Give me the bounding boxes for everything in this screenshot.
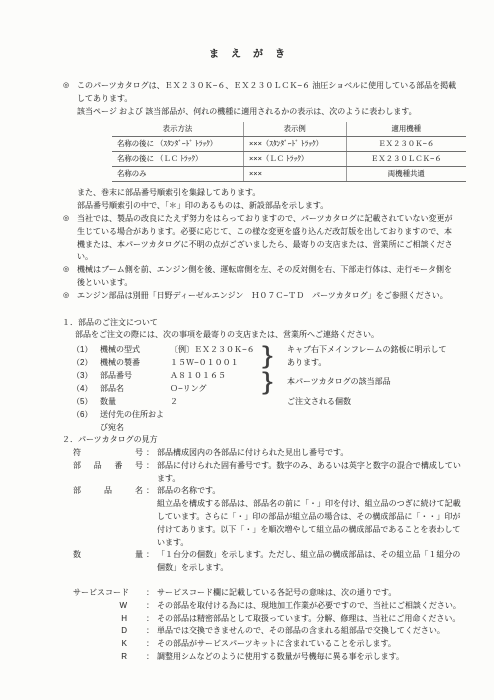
service-code-desc: その部品がサービスパーツキットに含まれていることを示します。	[157, 638, 462, 651]
text-line: 部品に付けられた固有番号です。数字のみ、あるいは英字と数字の混合で構成してい	[157, 460, 462, 473]
colon: ：	[143, 587, 157, 600]
guide-term: 部品名	[73, 485, 143, 498]
table-header-display-example: 表示例	[243, 122, 346, 137]
section-1-heading: １．部品のご注文について	[62, 317, 466, 330]
text-line: ます。	[157, 473, 462, 486]
service-code-k: K ： その部品がサービスパーツキットに含まれていることを示します。	[60, 638, 466, 651]
bullet-icon: ◎	[63, 290, 77, 303]
item-value: 〔例〕ＥＸ２３０Ｋ−６	[170, 343, 265, 356]
text-line: 部品番号順索引の中で、「＊」印のあるものは、新設部品を示します。	[77, 200, 466, 213]
colon: ：	[143, 447, 157, 460]
table-header-row: 表示方法 表示例 適用機種	[112, 122, 466, 137]
table-cell: ×××	[243, 167, 346, 182]
order-item: （6） 送付先の住所および宛名	[60, 408, 466, 421]
service-code-desc: 調整用シムなどのように使用する数量が号機毎に異る事を示します。	[157, 651, 462, 664]
colon: ：	[143, 625, 157, 638]
section-2-heading: ２．パーツカタログの見方	[62, 434, 466, 447]
guide-term: 数量	[73, 549, 143, 562]
preface-note-2: ◎ 当社では、製品の改良にたえず努力をはらっておりますので、パーツカタログに記載…	[60, 213, 466, 264]
order-note-quantity: ご注文される個数	[287, 395, 351, 408]
page-content: ◎ このパーツカタログは、ＥＸ２３０Ｋ−６、ＥＸ２３０ＬＣＫ−６ 油圧ショベルに…	[60, 80, 466, 664]
table-cell: ×××（ＬＣ ﾄﾗｯｸ）	[243, 152, 346, 167]
colon: ：	[143, 460, 157, 473]
preface-note-1-body: このパーツカタログは、ＥＸ２３０Ｋ−６、ＥＸ２３０ＬＣＫ−６ 油圧ショベルに使用…	[77, 80, 466, 213]
service-code-w: W ： その部品を取付ける為には、現地加工作業が必要ですので、当社にご相談くださ…	[60, 600, 466, 613]
service-code-d: D ： 単品では交換できませんので、その部品の含まれる組部品で交換してください。	[60, 625, 466, 638]
service-code-letter: W	[73, 600, 127, 613]
order-note-catalog-part: 本パーツカタログの該当部品	[287, 375, 391, 388]
text-line: 個数」を示します。	[157, 562, 462, 575]
table-cell: 両機種共通	[346, 167, 466, 182]
table-row: 名称のみ ××× 両機種共通	[112, 167, 466, 182]
guide-desc: 「１台分の個数」を示します。ただし、組立品の構成部品は、その組立品「１組分の 個…	[157, 549, 462, 575]
guide-entry-part-name: 部品名 ： 部品の名称です。 組立品を構成する部品は、部品名の前に「・」印を付け…	[60, 485, 466, 549]
table-cell: ×××（ｽﾀﾝﾀﾞｰﾄﾞ ﾄﾗｯｸ）	[243, 137, 346, 152]
brace-icon: }	[262, 343, 273, 370]
service-code-desc: その部品は精密部品として取扱っています。分解、修理は、当社にご用命ください。	[157, 613, 462, 626]
colon: ：	[143, 549, 157, 562]
guide-term: サービスコード	[73, 587, 143, 600]
item-label: 数量	[100, 395, 170, 408]
table-cell: ＥＸ２３０ＬＣＫ−６	[346, 152, 466, 167]
spacer	[60, 575, 466, 587]
item-number: （2）	[72, 356, 100, 369]
service-code-letter: D	[73, 625, 127, 638]
item-label: 機械の製番	[100, 356, 170, 369]
colon: ：	[143, 651, 157, 664]
applicability-table: 表示方法 表示例 適用機種 名称の後に （ｽﾀﾝﾀﾞｰﾄﾞ ﾄﾗｯｸ） ×××（…	[112, 122, 466, 182]
bullet-icon: ◎	[63, 264, 77, 290]
service-code-desc: 単品では交換できませんので、その部品の含まれる組部品で交換してください。	[157, 625, 462, 638]
guide-desc: サービスコード欄に記載している各記号の意味は、次の通りです。	[157, 587, 462, 600]
brace-icon: }	[262, 369, 273, 396]
preface-note-3: ◎ 機械はブーム側を前、エンジン側を後、運転席側を左、その反対側を右、下部走行体…	[60, 264, 466, 290]
table-cell: 名称のみ	[112, 167, 243, 182]
text-line: サービスコード欄に記載している各記号の意味は、次の通りです。	[157, 587, 462, 600]
guide-desc: 部品の名称です。 組立品を構成する部品は、部品名の前に「・」印を付け、組立品のつ…	[157, 485, 462, 549]
table-row: 名称の後に （ＬＣ ﾄﾗｯｸ） ×××（ＬＣ ﾄﾗｯｸ） ＥＸ２３０ＬＣＫ−６	[112, 152, 466, 167]
text-line: キャブ右下メインフレームの銘板に明示して	[287, 343, 447, 356]
item-number: （4）	[72, 382, 100, 395]
text-line: 「１台分の個数」を示します。ただし、組立品の構成部品は、その組立品「１組分の	[157, 549, 462, 562]
item-label: 機械の型式	[100, 343, 170, 356]
catalog-guide: 符号 ： 部品構成図内の各部品に付けられた見出し番号です。 部品番号 ： 部品に…	[60, 447, 466, 664]
item-number: （6）	[72, 408, 100, 421]
item-label: 部品番号	[100, 369, 170, 382]
table-cell: ＥＸ２３０Ｋ−６	[346, 137, 466, 152]
preface-note-1: ◎ このパーツカタログは、ＥＸ２３０Ｋ−６、ＥＸ２３０ＬＣＫ−６ 油圧ショベルに…	[60, 80, 466, 213]
guide-entry-part-number: 部品番号 ： 部品に付けられた固有番号です。数字のみ、あるいは英字と数字の混合で…	[60, 460, 466, 486]
text-line: 付けてあります。以下「・」を順次増やして組立品の構成部品であることを表わして	[157, 524, 462, 537]
colon: ：	[143, 485, 157, 498]
text-line: しています。さらに「・」印の部品が組立品の場合は、その構成部品に「・・」印が	[157, 511, 462, 524]
guide-term: 符号	[73, 447, 143, 460]
item-value: Ａ８１０１６５	[170, 369, 265, 382]
item-value: Ｏ−リング	[170, 382, 265, 395]
item-value: ２	[170, 395, 265, 408]
item-number: （1）	[72, 343, 100, 356]
text-line: また、巻末に部品番号順索引を集録してあります。	[77, 187, 466, 200]
text-line: 部品の名称です。	[157, 485, 462, 498]
table-cell: 名称の後に （ＬＣ ﾄﾗｯｸ）	[112, 152, 243, 167]
table-row: 名称の後に （ｽﾀﾝﾀﾞｰﾄﾞ ﾄﾗｯｸ） ×××（ｽﾀﾝﾀﾞｰﾄﾞ ﾄﾗｯｸ）…	[112, 137, 466, 152]
item-value: １５Ｗ−０１００１	[170, 356, 265, 369]
order-item: （5） 数量 ２	[60, 395, 466, 408]
colon: ：	[143, 638, 157, 651]
guide-desc: 部品構成図内の各部品に付けられた見出し番号です。	[157, 447, 462, 460]
colon: ：	[143, 613, 157, 626]
item-number: （5）	[72, 395, 100, 408]
table-cell: 名称の後に （ｽﾀﾝﾀﾞｰﾄﾞ ﾄﾗｯｸ）	[112, 137, 243, 152]
text-line: 生じている場合があります。必要に応じて、この様な変更を盛り込んだ改訂版を出してお…	[77, 226, 466, 239]
text-line: 組立品を構成する部品は、部品名の前に「・」印を付け、組立品のつぎに続けて記載	[157, 498, 462, 511]
service-code-letter: H	[73, 613, 127, 626]
text-line: このパーツカタログは、ＥＸ２３０Ｋ−６、ＥＸ２３０ＬＣＫ−６ 油圧ショベルに使用…	[77, 80, 466, 93]
page-title: まえがき	[0, 49, 494, 62]
parts-catalog-preface-page: まえがき ◎ このパーツカタログは、ＥＸ２３０Ｋ−６、ＥＸ２３０ＬＣＫ−６ 油圧…	[0, 0, 494, 700]
order-note-nameplate: キャブ右下メインフレームの銘板に明示して あります。	[287, 343, 447, 369]
guide-entry-service-code: サービスコード ： サービスコード欄に記載している各記号の意味は、次の通りです。	[60, 587, 466, 600]
text-line: 後といいます。	[77, 277, 466, 290]
order-items: （1） 機械の型式 〔例〕ＥＸ２３０Ｋ−６ （2） 機械の製番 １５Ｗ−０１００…	[60, 343, 466, 423]
text-line: います。	[157, 537, 462, 550]
service-code-desc: その部品を取付ける為には、現地加工作業が必要ですので、当社にご相談ください。	[157, 600, 462, 613]
guide-term: 部品番号	[73, 460, 143, 473]
preface-note-4-body: エンジン部品は別冊「日野ディーゼルエンジン Ｈ０７Ｃ−ＴＤ パーツカタログ」をご…	[77, 290, 466, 303]
preface-note-2-body: 当社では、製品の改良にたえず努力をはらっておりますので、パーツカタログに記載され…	[77, 213, 466, 264]
guide-desc: 部品に付けられた固有番号です。数字のみ、あるいは英字と数字の混合で構成してい ま…	[157, 460, 462, 486]
table-header-applicable-machine: 適用機種	[346, 122, 466, 137]
text-line: エンジン部品は別冊「日野ディーゼルエンジン Ｈ０７Ｃ−ＴＤ パーツカタログ」をご…	[77, 290, 466, 303]
bullet-icon: ◎	[63, 80, 77, 213]
item-number: （3）	[72, 369, 100, 382]
colon: ：	[143, 600, 157, 613]
text-line: 機または、本パーツカタログに不明の点がございましたら、最寄りの支店または、営業所…	[77, 239, 466, 252]
table-header-display-method: 表示方法	[112, 122, 243, 137]
service-code-h: H ： その部品は精密部品として取扱っています。分解、修理は、当社にご用命くださ…	[60, 613, 466, 626]
service-code-letter: K	[73, 638, 127, 651]
service-code-letter: R	[73, 651, 127, 664]
order-intro: 部品をご注文の際には、次の事項を最寄りの支店または、営業所へご連絡ください。	[75, 329, 466, 342]
text-line: 当社では、製品の改良にたえず努力をはらっておりますので、パーツカタログに記載され…	[77, 213, 466, 226]
item-value	[170, 408, 265, 421]
text-line: あります。	[287, 356, 447, 369]
text-line: 機械はブーム側を前、エンジン側を後、運転席側を左、その反対側を右、下部走行体は、…	[77, 264, 466, 277]
preface-note-4: ◎ エンジン部品は別冊「日野ディーゼルエンジン Ｈ０７Ｃ−ＴＤ パーツカタログ」…	[60, 290, 466, 303]
guide-entry-symbol: 符号 ： 部品構成図内の各部品に付けられた見出し番号です。	[60, 447, 466, 460]
text-line: 該当ページ および 該当部品が、何れの機種に適用されるかの表示は、次のように表わ…	[77, 106, 466, 119]
text-line: 部品構成図内の各部品に付けられた見出し番号です。	[157, 447, 462, 460]
preface-note-3-body: 機械はブーム側を前、エンジン側を後、運転席側を左、その反対側を右、下部走行体は、…	[77, 264, 466, 290]
service-code-r: R ： 調整用シムなどのように使用する数量が号機毎に異る事を示します。	[60, 651, 466, 664]
text-line: い。	[77, 251, 466, 264]
guide-entry-quantity: 数量 ： 「１台分の個数」を示します。ただし、組立品の構成部品は、その組立品「１…	[60, 549, 466, 575]
item-label: 送付先の住所および宛名	[100, 408, 170, 421]
bullet-icon: ◎	[63, 213, 77, 264]
text-line: してあります。	[77, 93, 466, 106]
item-label: 部品名	[100, 382, 170, 395]
